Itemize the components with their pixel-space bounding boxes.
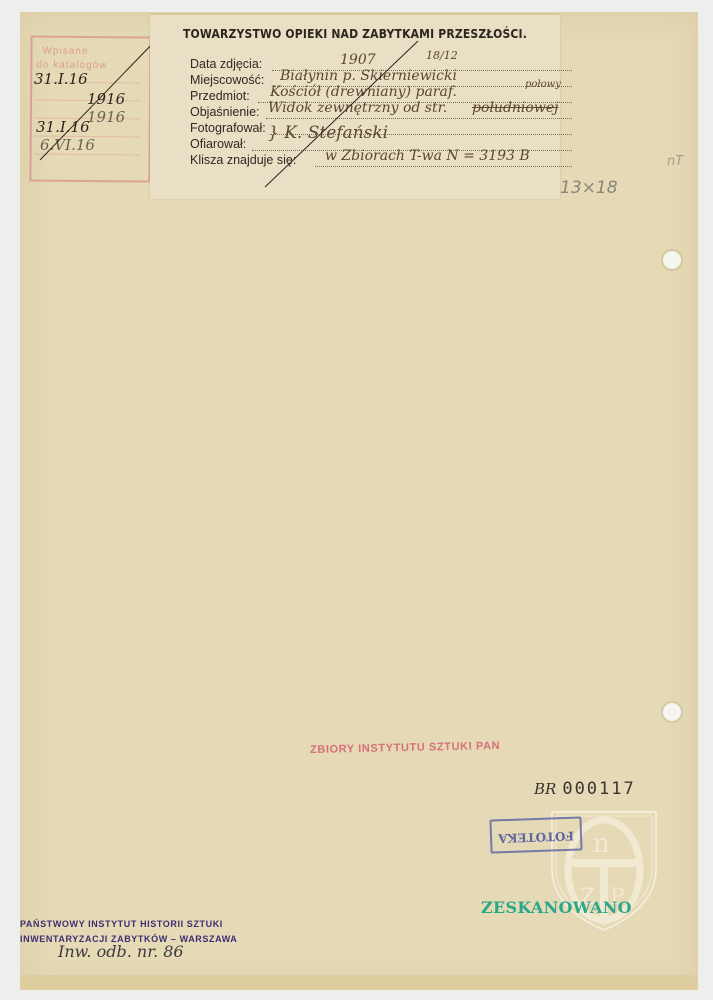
punch-hole-bottom: [663, 703, 681, 721]
photo-label-card: TOWARZYSTWO OPIEKI NAD ZABYTKAMI PRZESZŁ…: [150, 14, 560, 199]
field-struck-value: południowej: [472, 100, 558, 116]
svg-text:n: n: [593, 829, 610, 859]
br-digits: 000117: [562, 779, 635, 799]
diagonal-cancel-line-card: [260, 39, 420, 189]
institute-stamp-line-1: PAŃSTWOWY INSTYTUT HISTORII SZTUKI: [20, 917, 237, 932]
scanned-stamp: ZESKANOWANO: [481, 898, 632, 917]
inventory-note: Inw. odb. nr. 86: [58, 942, 184, 961]
field-extra: połowy: [525, 79, 561, 90]
br-inventory-number: BR000117: [534, 779, 636, 799]
pencil-size-note: 13×18: [560, 178, 618, 198]
diagonal-cancel-line-left: [30, 38, 160, 163]
field-label: Data zdjęcia:: [190, 57, 262, 71]
field-label: Fotografował:: [190, 121, 266, 135]
punch-hole-top: [663, 251, 681, 269]
fototeka-stamp: FOTOTEKA: [489, 816, 582, 853]
paper-bottom-edge: [20, 975, 698, 990]
field-label: Przedmiot:: [190, 89, 250, 103]
field-label: Ofiarował:: [190, 137, 246, 151]
pencil-margin-note: nT: [667, 154, 683, 169]
br-prefix: BR: [534, 780, 556, 798]
field-label: Objaśnienie:: [190, 105, 260, 119]
field-extra: 18/12: [426, 49, 458, 62]
fototeka-label: FOTOTEKA: [492, 828, 580, 845]
field-label: Miejscowość:: [190, 73, 264, 87]
